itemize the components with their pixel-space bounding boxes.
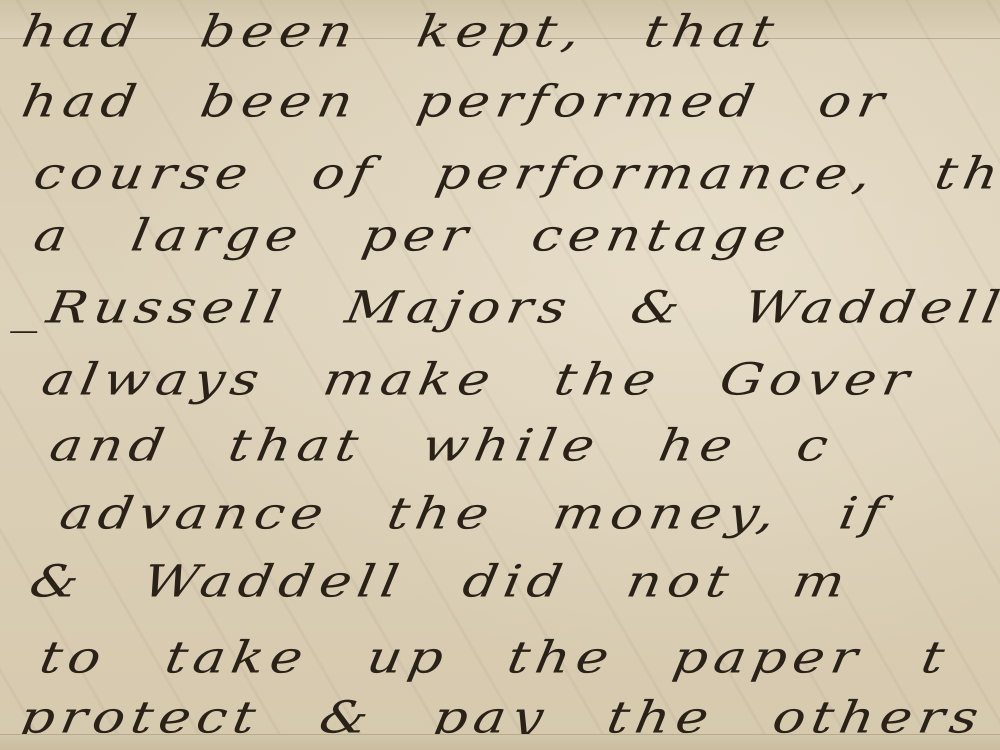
handwritten-line-1: had been kept, that xyxy=(18,5,784,57)
handwritten-line-2: had been performed or xyxy=(18,75,894,127)
handwritten-line-3: course of performance, th xyxy=(30,147,1000,199)
handwritten-line-5: _Russell Majors & Waddell, xyxy=(10,281,1000,333)
paper-fold-bottom xyxy=(0,734,1000,750)
handwritten-line-7: and that while he c xyxy=(46,419,838,471)
handwritten-line-4: a large per centage xyxy=(30,209,796,261)
handwritten-line-6: always make the Gover xyxy=(38,353,919,405)
handwritten-line-9: & Waddell did not m xyxy=(26,555,855,607)
handwritten-line-8: advance the money, if xyxy=(56,487,893,539)
handwritten-line-10: to take up the paper t xyxy=(36,631,954,683)
letter-photo: had been kept, that had been performed o… xyxy=(0,0,1000,750)
